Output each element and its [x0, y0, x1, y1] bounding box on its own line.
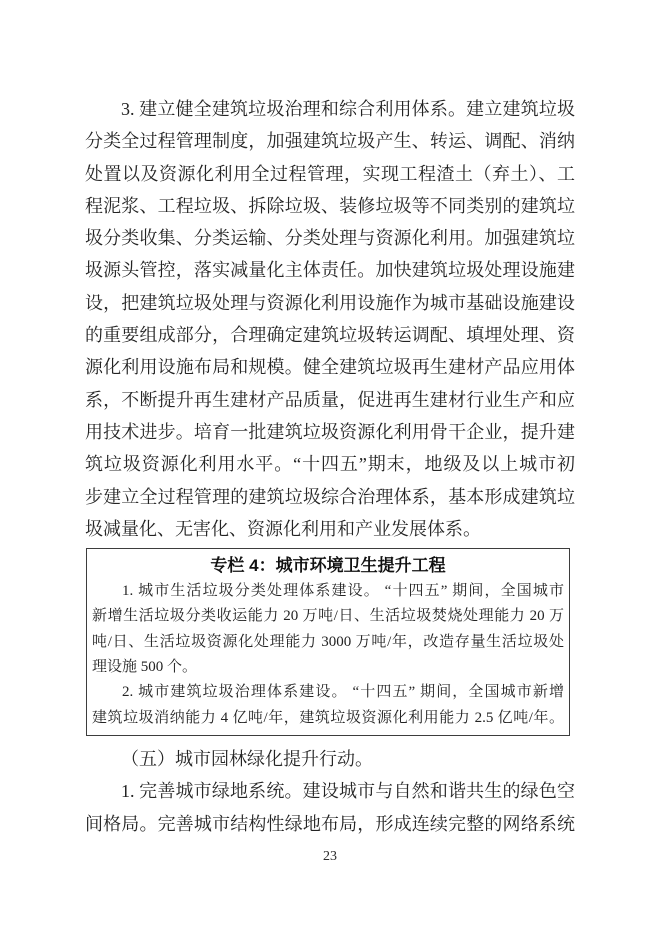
page-number: 23 [0, 849, 660, 865]
text-line: 1. 城市生活垃圾分类处理体系建设。 “十四五” 期间，全国城市 [92, 579, 564, 604]
box-item-1: 1. 城市生活垃圾分类处理体系建设。 “十四五” 期间，全国城市 新增生活垃圾分… [92, 579, 564, 680]
text-line: 新增生活垃圾分类收运能力 20 万吨/日、生活垃圾焚烧处理能力 20 万 [92, 604, 564, 629]
text-line: 处置以及资源化利用全过程管理，实现工程渣土（弃土）、工 [85, 158, 575, 190]
paragraph-green-space: 1. 完善城市绿地系统。建设城市与自然和谐共生的绿色空 间格局。完善城市结构性绿… [85, 775, 575, 840]
column-box-title: 专栏 4：城市环境卫生提升工程 [92, 553, 564, 579]
text-line: 1. 完善城市绿地系统。建设城市与自然和谐共生的绿色空 [85, 775, 575, 807]
text-line: 步建立全过程管理的建筑垃圾综合治理体系，基本形成建筑垃 [85, 481, 575, 513]
text-line: 理设施 500 个。 [92, 655, 564, 680]
text-line: 圾源头管控，落实减量化主体责任。加快建筑垃圾处理设施建 [85, 254, 575, 286]
text-line: 3. 建立健全建筑垃圾治理和综合利用体系。建立建筑垃圾 [85, 93, 575, 125]
column-box-4: 专栏 4：城市环境卫生提升工程 1. 城市生活垃圾分类处理体系建设。 “十四五”… [86, 548, 570, 736]
text-line: 圾减量化、无害化、资源化利用和产业发展体系。 [85, 513, 575, 545]
text-line: 间格局。完善城市结构性绿地布局，形成连续完整的网络系统 [85, 808, 575, 840]
text-line: 设，把建筑垃圾处理与资源化利用设施作为城市基础设施建设 [85, 287, 575, 319]
text-line: 分类全过程管理制度，加强建筑垃圾产生、转运、调配、消纳 [85, 125, 575, 157]
text-line: 2. 城市建筑垃圾治理体系建设。 “十四五” 期间，全国城市新增 [92, 680, 564, 705]
text-line: 源化利用设施布局和规模。健全建筑垃圾再生建材产品应用体 [85, 351, 575, 383]
text-line: 吨/日、生活垃圾资源化处理能力 3000 万吨/年，改造存量生活垃圾处 [92, 630, 564, 655]
paragraph-construction-waste: 3. 建立健全建筑垃圾治理和综合利用体系。建立建筑垃圾 分类全过程管理制度，加强… [85, 93, 575, 545]
text-line: 筑垃圾资源化利用水平。“十四五”期末，地级及以上城市初 [85, 448, 575, 480]
document-body: 3. 建立健全建筑垃圾治理和综合利用体系。建立建筑垃圾 分类全过程管理制度，加强… [85, 93, 575, 840]
text-line: 程泥浆、工程垃圾、拆除垃圾、装修垃圾等不同类别的建筑垃 [85, 190, 575, 222]
text-line: 用技术进步。培育一批建筑垃圾资源化利用骨干企业，提升建 [85, 416, 575, 448]
box-item-2: 2. 城市建筑垃圾治理体系建设。 “十四五” 期间，全国城市新增 建筑垃圾消纳能… [92, 680, 564, 731]
section-heading-5: （五）城市园林绿化提升行动。 [85, 743, 575, 775]
text-line: 圾分类收集、分类运输、分类处理与资源化利用。加强建筑垃 [85, 222, 575, 254]
text-line: 的重要组成部分，合理确定建筑垃圾转运调配、填埋处理、资 [85, 319, 575, 351]
text-line: 系，不断提升再生建材产品质量，促进再生建材行业生产和应 [85, 384, 575, 416]
text-line: 建筑垃圾消纳能力 4 亿吨/年，建筑垃圾资源化利用能力 2.5 亿吨/年。 [92, 706, 564, 731]
